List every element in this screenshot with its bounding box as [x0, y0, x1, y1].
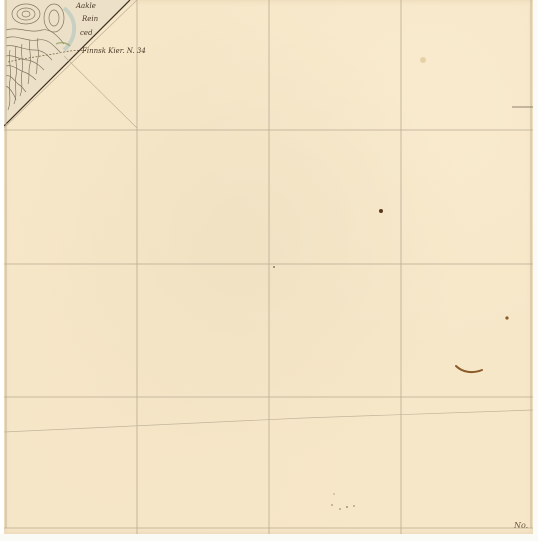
map-graphics [4, 0, 533, 534]
terrain-fragment [4, 0, 130, 126]
map-label: ced [80, 29, 93, 37]
ink-dot [505, 316, 508, 319]
ink-stroke [456, 366, 482, 372]
stain [420, 57, 426, 63]
scan-border-right [533, 0, 538, 541]
ink-dot [379, 209, 383, 213]
sheet-number: No. [514, 521, 528, 530]
map-sheet[interactable]: Aakle Rein ced Finnsk Kier. N. 34 No. [4, 0, 533, 534]
map-label: Finnsk Kier. N. 34 [82, 47, 146, 55]
map-label: Rein [82, 15, 98, 23]
map-grid [4, 0, 533, 534]
scan-border-bottom [0, 534, 538, 541]
faint-survey-line [4, 410, 533, 432]
map-label: Aakle [76, 2, 96, 10]
speckles [273, 266, 355, 510]
